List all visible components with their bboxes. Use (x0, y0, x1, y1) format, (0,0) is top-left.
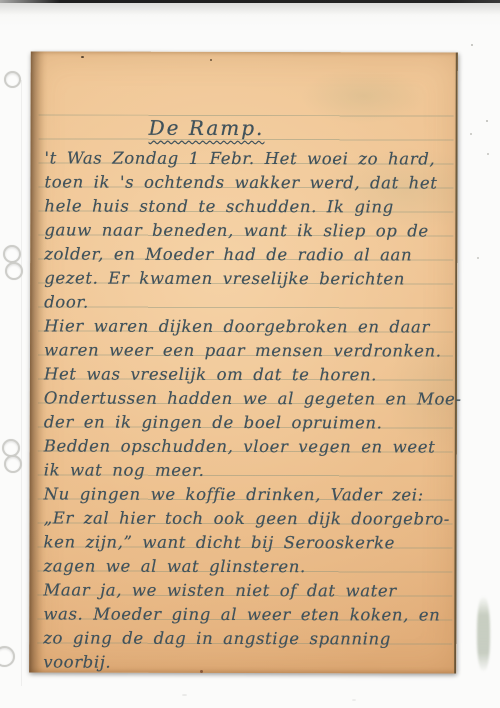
handwritten-line: „Er zal hier toch ook geen dijk doorgebr… (44, 506, 450, 531)
scan-speck (477, 257, 479, 259)
handwritten-line: Maar ja, we wisten niet of dat water (43, 578, 449, 603)
scan-speck (182, 694, 187, 696)
sheet-crease (21, 80, 22, 686)
handwritten-line: voorbij. (43, 650, 449, 675)
handwritten-line: zo ging de dag in angstige spanning (43, 626, 449, 651)
notebook-page: De Ramp. 't Was Zondag 1 Febr. Het woei … (29, 51, 458, 673)
page-title: De Ramp. (149, 116, 265, 140)
scan-smudge (477, 596, 490, 672)
punch-hole (4, 455, 22, 473)
handwritten-line: Hier waren dijken doorgebroken en daar (44, 314, 450, 339)
scan-speck (471, 44, 473, 46)
handwritten-line: hele huis stond te schudden. Ik ging (44, 194, 450, 219)
scan-speck (486, 120, 488, 122)
handwritten-line: Het was vreselijk om dat te horen. (44, 362, 450, 387)
handwritten-line: ik wat nog meer. (44, 458, 450, 483)
handwritten-line: was. Moeder ging al weer eten koken, en (43, 602, 449, 627)
scan-edge-shadow (0, 3, 500, 15)
handwritten-line: door. (44, 290, 450, 315)
punch-hole (5, 262, 23, 280)
scanned-diary-page: De Ramp. 't Was Zondag 1 Febr. Het woei … (0, 0, 500, 708)
handwritten-line: Bedden opschudden, vloer vegen en weet (44, 434, 450, 459)
handwritten-line: gezet. Er kwamen vreselijke berichten (44, 266, 450, 291)
punch-hole (4, 71, 21, 88)
paper-speck (210, 59, 212, 61)
paper-speck (81, 56, 84, 58)
scan-speck (470, 133, 472, 135)
handwritten-line: der en ik gingen de boel opruimen. (44, 410, 450, 435)
handwritten-text: 't Was Zondag 1 Febr. Het woei zo hard, … (43, 146, 450, 675)
handwritten-line: ken zijn,” want dicht bij Serooskerke (43, 530, 449, 555)
handwritten-line: zagen we al wat glinsteren. (43, 554, 449, 579)
handwritten-line: zolder, en Moeder had de radio al aan (44, 242, 450, 267)
punch-hole (3, 245, 21, 263)
scan-speck (352, 699, 356, 701)
handwritten-line: gauw naar beneden, want ik sliep op de (44, 218, 450, 243)
handwritten-line: Nu gingen we koffie drinken, Vader zei: (44, 482, 450, 507)
handwritten-line: 't Was Zondag 1 Febr. Het woei zo hard, (45, 146, 451, 171)
paper-speck (200, 670, 203, 673)
handwritten-line: toen ik 's ochtends wakker werd, dat het (44, 170, 450, 195)
handwritten-line: waren weer een paar mensen verdronken. (44, 338, 450, 363)
scan-speck (487, 153, 489, 155)
punch-hole (0, 646, 15, 667)
handwritten-line: Ondertussen hadden we al gegeten en Moe- (44, 386, 450, 411)
